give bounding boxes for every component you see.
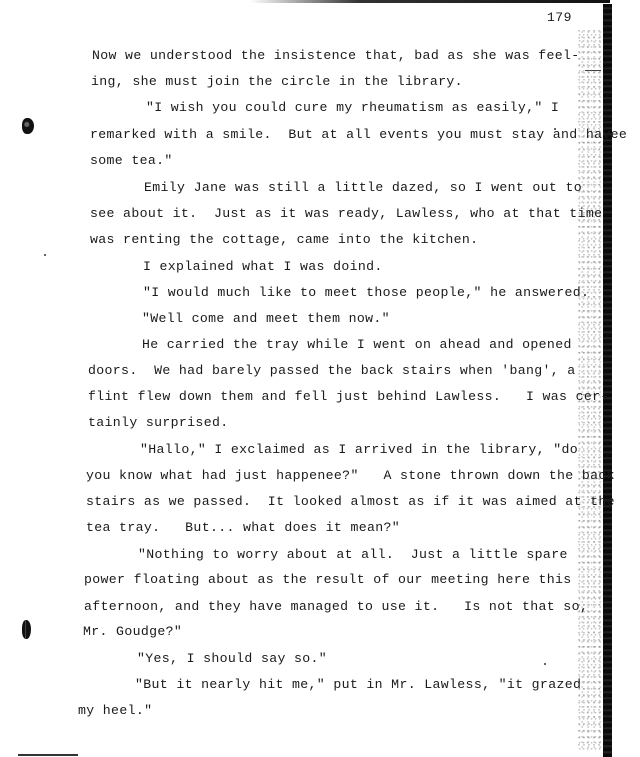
text-line: remarked with a smile. But at all events… — [90, 127, 627, 143]
text-line: you know what had just happenee?" A ston… — [86, 468, 615, 484]
text-line: "Hallo," I exclaimed as I arrived in the… — [140, 442, 578, 458]
text-line: my heel." — [78, 703, 152, 719]
text-line: tainly surprised. — [88, 415, 228, 431]
text-line: doors. We had barely passed the back sta… — [88, 363, 576, 379]
binding-hole-icon — [22, 118, 34, 134]
text-line: "But it nearly hit me," put in Mr. Lawle… — [135, 677, 581, 693]
page-bottom-edge — [18, 754, 78, 756]
text-line: Now we understood the insistence that, b… — [92, 48, 580, 64]
scanned-page: 179 Now we understood the insistence tha… — [0, 0, 640, 757]
scan-mark — [585, 70, 601, 71]
binding-hole-icon — [22, 620, 31, 639]
text-line: "Well come and meet them now." — [142, 311, 390, 327]
text-line: "I would much like to meet those people,… — [143, 285, 589, 301]
text-line: some tea." — [90, 153, 173, 169]
text-line: Emily Jane was still a little dazed, so … — [144, 180, 582, 196]
page-top-edge — [250, 0, 610, 3]
scan-dot — [554, 128, 556, 130]
text-line: "Nothing to worry about at all. Just a l… — [138, 547, 568, 563]
text-line: see about it. Just as it was ready, Lawl… — [90, 206, 602, 222]
text-line: Mr. Goudge?" — [83, 624, 182, 640]
text-line: flint flew down them and fell just behin… — [88, 389, 609, 405]
scan-dot — [44, 254, 46, 256]
text-line: "I wish you could cure my rheumatism as … — [146, 100, 559, 116]
text-line: "Yes, I should say so." — [137, 651, 327, 667]
text-line: I explained what I was doind. — [143, 259, 383, 275]
text-line: afternoon, and they have managed to use … — [84, 599, 588, 615]
text-line: ing, she must join the circle in the lib… — [91, 74, 463, 90]
scan-dot — [544, 663, 546, 665]
scan-border-right — [603, 4, 612, 757]
text-line: was renting the cottage, came into the k… — [90, 232, 478, 248]
text-line: tea tray. But... what does it mean?" — [86, 520, 400, 536]
text-line: power floating about as the result of ou… — [84, 572, 572, 588]
text-line: He carried the tray while I went on ahea… — [142, 337, 572, 353]
text-line: stairs as we passed. It looked almost as… — [86, 494, 615, 510]
page-number: 179 — [547, 10, 572, 25]
